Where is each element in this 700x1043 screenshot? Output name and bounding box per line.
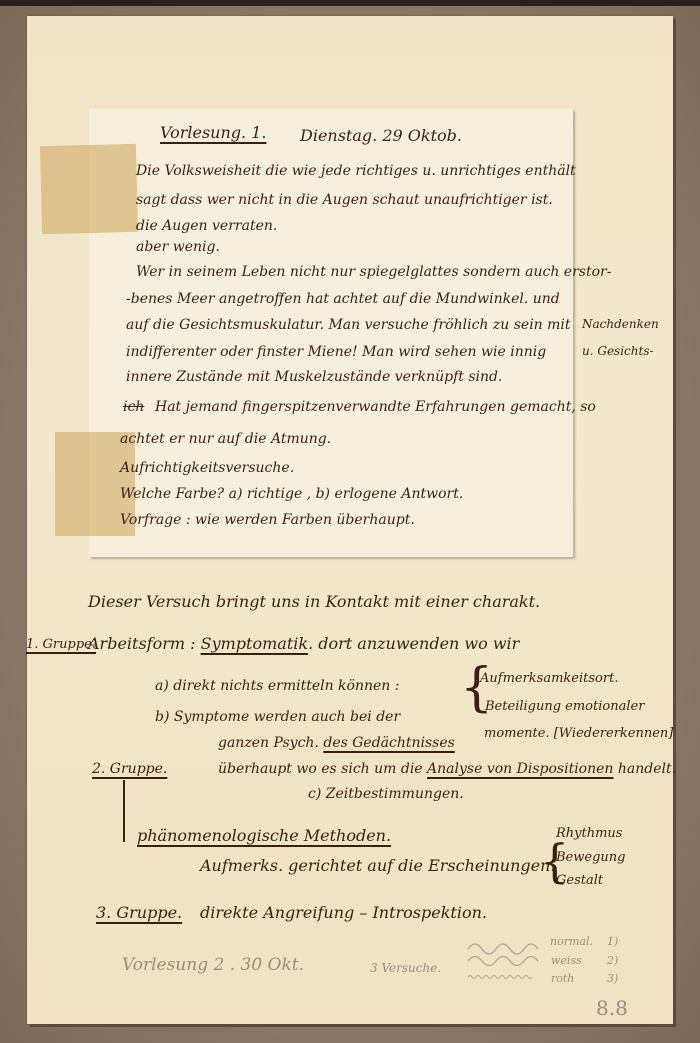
legend-num-1: 1)	[607, 936, 618, 947]
adhesive-tape-top	[40, 144, 138, 234]
card-line-6: -benes Meer angetroffen hat achtet auf d…	[126, 292, 560, 306]
group-1-label: 1. Gruppe.	[26, 638, 96, 651]
group-2-label: 2. Gruppe.	[92, 762, 167, 776]
card-line-7: auf die Gesichtsmuskulatur. Man versuche…	[126, 318, 571, 332]
legend-label-3: roth	[551, 973, 574, 984]
card-line-13: Welche Farbe? a) richtige , b) erlogene …	[120, 487, 463, 501]
disposition-analysis-underlined: Analyse von Dispositionen	[427, 761, 613, 777]
card-line-4: aber wenig.	[136, 240, 220, 254]
work-form-label: Arbeitsform :	[88, 634, 196, 653]
item-b-line-3: überhaupt wo es sich um die Analyse von …	[218, 762, 676, 776]
lecture-date: Dienstag. 29 Oktob.	[300, 128, 462, 144]
card-line-14: Vorfrage : wie werden Farben überhaupt.	[120, 513, 415, 527]
pencil-lecture-2: Vorlesung 2 . 30 Okt.	[122, 957, 304, 974]
margin-note-2: u. Gesichts-	[582, 345, 654, 357]
legend-label-2: weiss	[551, 955, 582, 966]
card-line-1: Die Volksweisheit die wie jede richtiges…	[136, 164, 576, 178]
item-b-line-2-prefix: ganzen Psych.	[218, 735, 319, 751]
margin-note-1: Nachdenken	[582, 318, 659, 330]
card-line-12: Aufrichtigkeitsversuche.	[120, 461, 294, 475]
item-a: a) direkt nichts ermitteln können :	[155, 679, 399, 693]
card-line-10-text: Hat jemand fingerspitzenverwandte Erfahr…	[155, 400, 596, 414]
legend-num-3: 3)	[607, 973, 618, 984]
group-1-line: Arbeitsform : Symptomatik. dort anzuwend…	[88, 636, 519, 652]
brace-g2-item-1: Rhythmus	[556, 827, 622, 840]
card-line-10: ich	[123, 400, 144, 414]
card-line-3: die Augen verraten.	[136, 219, 277, 233]
method-symptomatik: Symptomatik	[201, 634, 308, 653]
card-line-2: sagt dass wer nicht in die Augen schaut …	[136, 193, 553, 207]
card-line-11: achtet er nur auf die Atmung.	[120, 432, 331, 446]
item-b-line-3-suffix: handelt.	[618, 761, 676, 777]
card-line-5: Wer in seinem Leben nicht nur spiegelgla…	[136, 265, 611, 279]
struck-word: ich	[123, 399, 144, 415]
item-b-line-2: ganzen Psych. des Gedächtnisses	[218, 736, 455, 750]
group-1-suffix: . dort anzuwenden wo wir	[308, 634, 519, 653]
folio-number: 8.8	[596, 998, 628, 1018]
frame-edge	[0, 0, 700, 6]
group-3-text: direkte Angreifung – Introspektion.	[200, 905, 487, 921]
group-3-label: 3. Gruppe.	[96, 905, 182, 921]
brace-a-item-1: Aufmerksamkeitsort.	[480, 672, 618, 685]
item-b-line-1: b) Symptome werden auch bei der	[155, 710, 400, 724]
brace-g2-item-2: Bewegung	[556, 851, 625, 864]
item-b-line-3-prefix: überhaupt wo es sich um die	[218, 761, 423, 777]
brace-a-item-3: momente. [Wiedererkennen]	[484, 727, 673, 740]
card-line-9: innere Zustände mit Muskelzustände verkn…	[126, 370, 502, 384]
brace-g2-item-3: Gestalt	[556, 874, 603, 887]
brace-a-item-2: Beteiligung emotionaler	[485, 700, 644, 713]
phenomenological-methods: phänomenologische Methoden.	[137, 828, 391, 844]
item-c: c) Zeitbestimmungen.	[308, 787, 464, 801]
pencil-wave-sketches	[466, 935, 546, 985]
legend-label-1: normal.	[550, 936, 593, 947]
card-line-8: indifferenter oder finster Miene! Man wi…	[126, 345, 546, 359]
intro-line: Dieser Versuch bringt uns in Kontakt mit…	[88, 594, 540, 610]
group-2-text: Aufmerks. gerichtet auf die Erscheinunge…	[200, 858, 555, 874]
pencil-trials: 3 Versuche.	[370, 962, 441, 974]
legend-num-2: 2)	[607, 955, 618, 966]
memory-underlined: des Gedächtnisses	[323, 735, 454, 751]
group-2-connector-line	[123, 780, 125, 842]
lecture-heading: Vorlesung. 1.	[160, 125, 266, 141]
